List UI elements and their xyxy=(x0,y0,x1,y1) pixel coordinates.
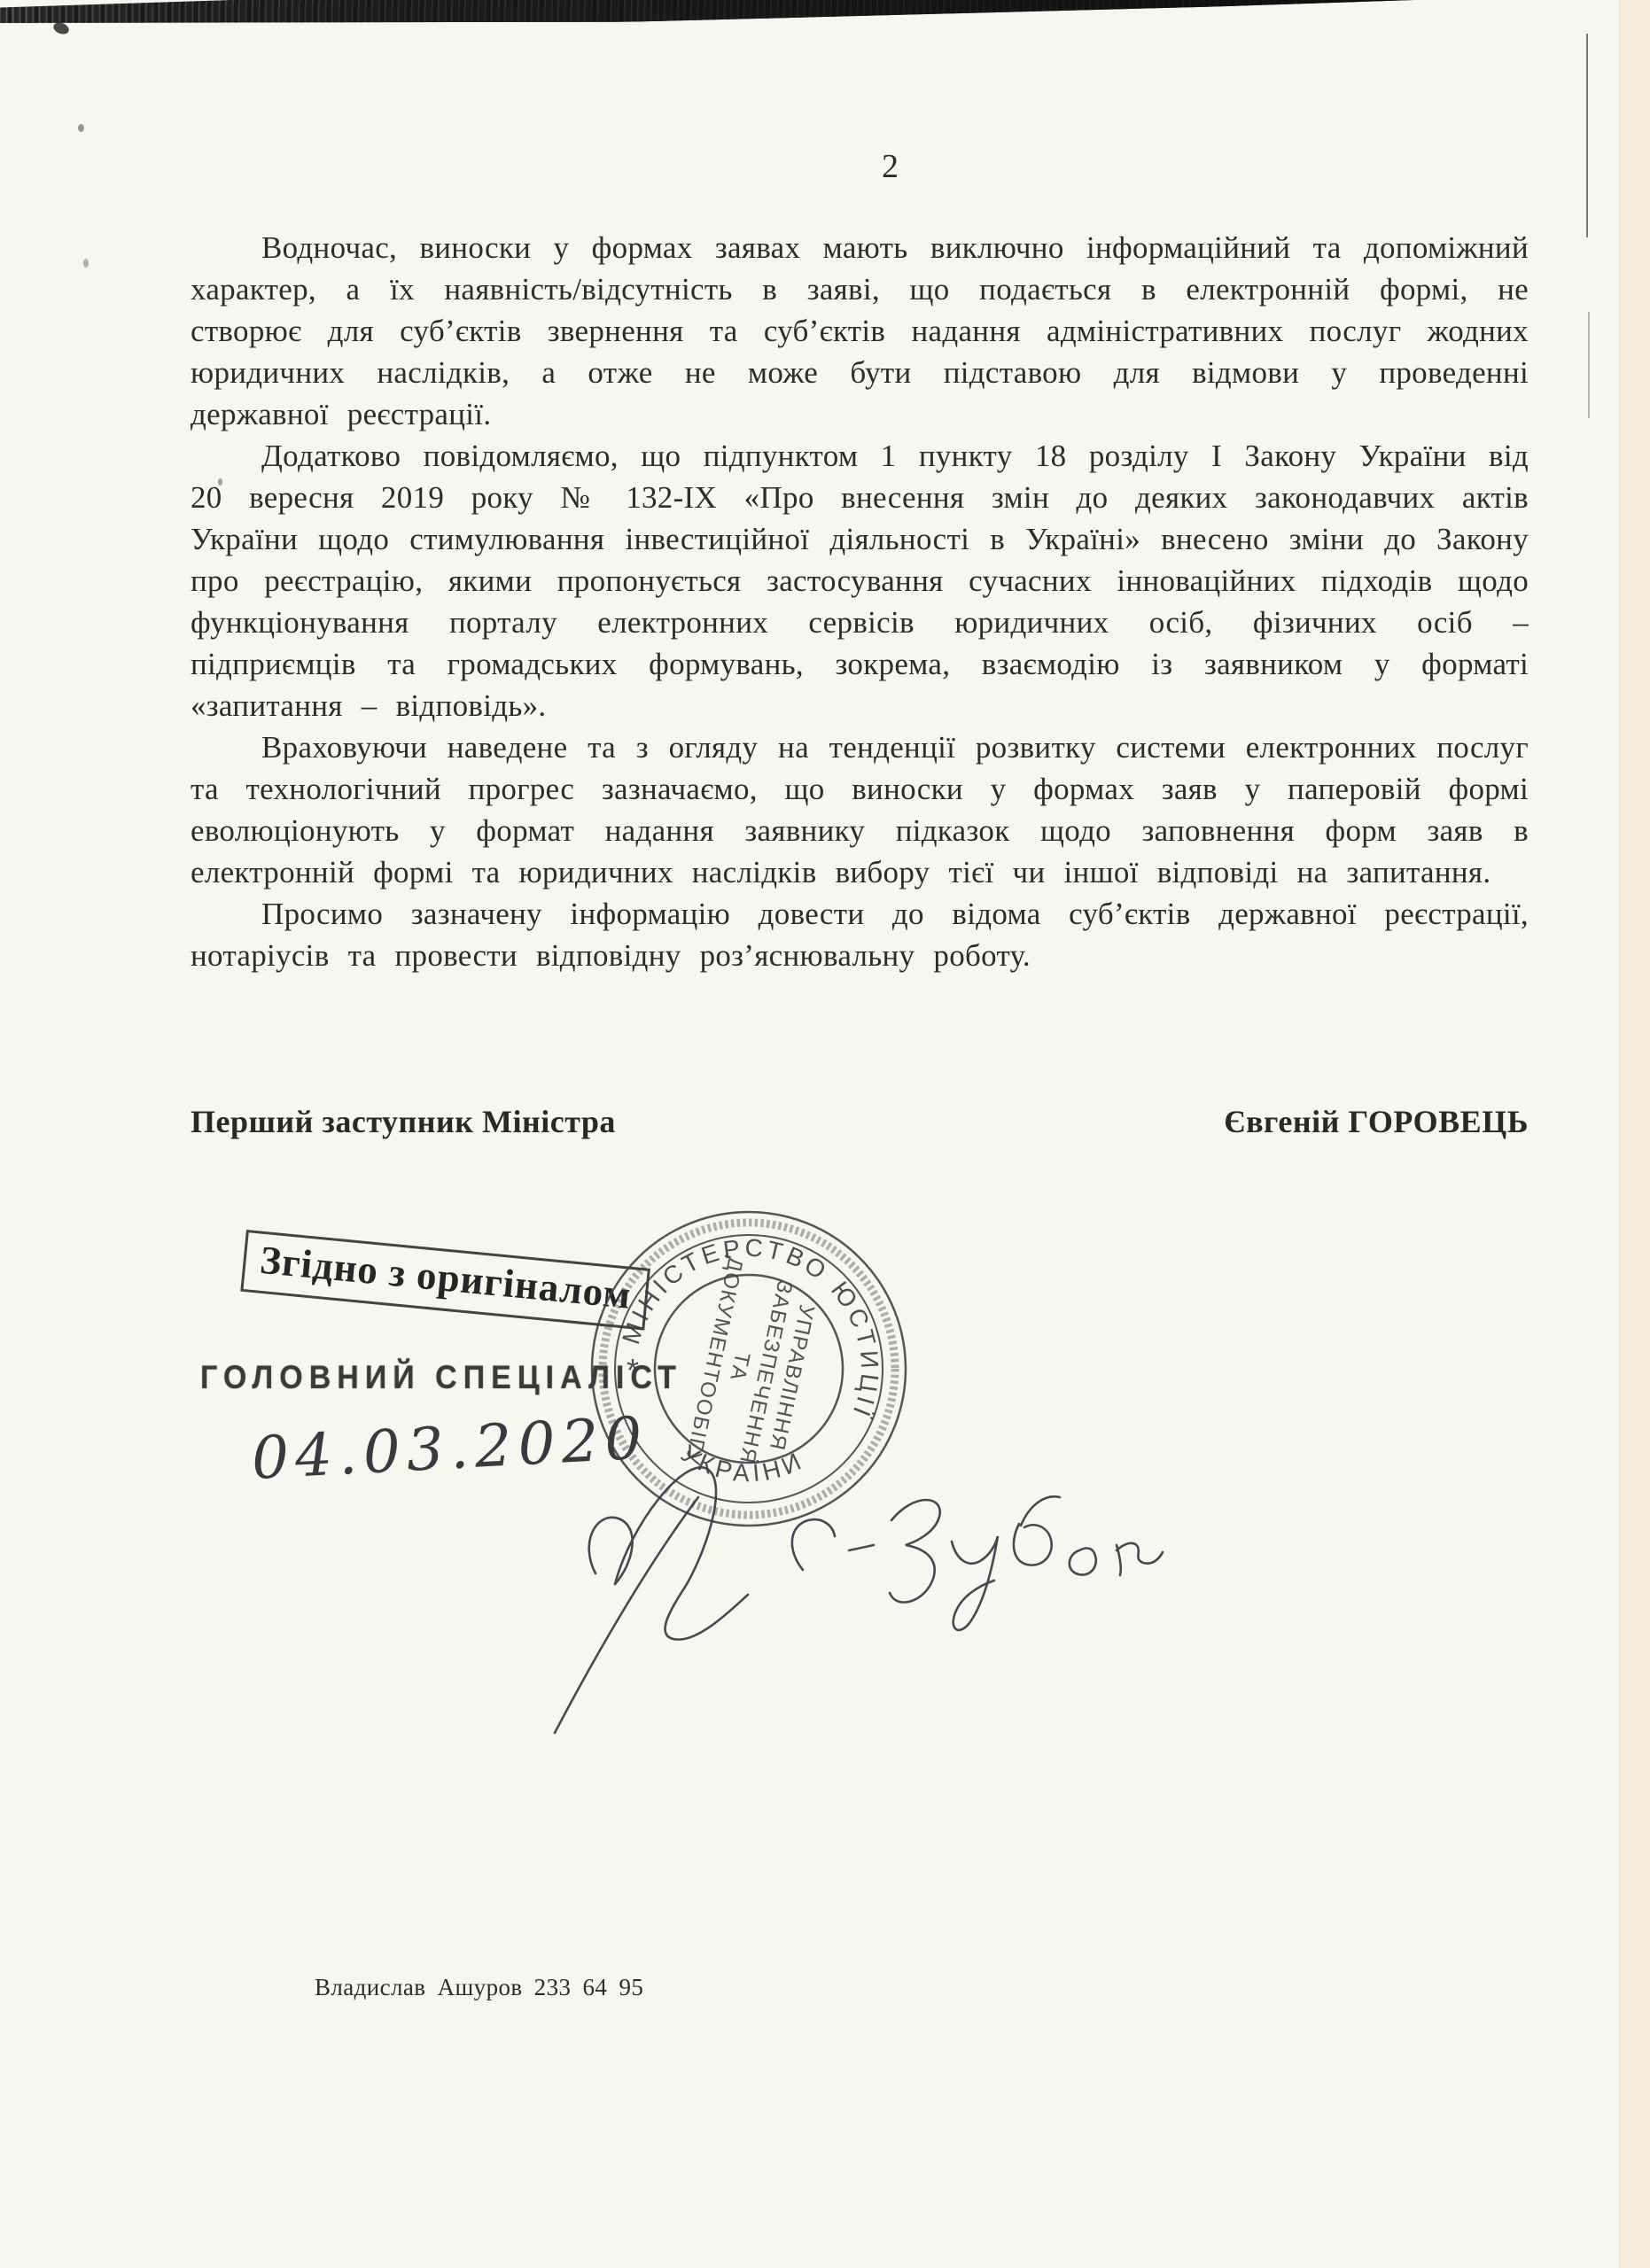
executor-contact: Владислав Ашуров 233 64 95 xyxy=(315,1974,643,2001)
signature-stroke xyxy=(890,1500,940,1603)
handwritten-signature xyxy=(496,1417,1170,1772)
signature-stroke xyxy=(1117,1543,1163,1564)
signature-stroke xyxy=(1014,1524,1052,1565)
scanned-letter-page: 2 Водночас, виноски у формах заявах мают… xyxy=(0,0,1650,2268)
letter-body: Водночас, виноски у формах заявах мають … xyxy=(191,227,1529,976)
page-number: 2 xyxy=(882,147,899,186)
signature-stroke xyxy=(952,1536,998,1630)
signature-stroke xyxy=(615,1467,748,1639)
stamp-star-separator-icon: * xyxy=(627,1352,639,1388)
signer-name: Євгеній ГОРОВЕЦЬ xyxy=(1224,1103,1529,1140)
body-paragraph: Додатково повідомляємо, що підпунктом 1 … xyxy=(191,435,1529,726)
signature-stroke xyxy=(792,1519,835,1570)
signer-position: Перший заступник Міністра xyxy=(191,1103,616,1140)
scan-edge-strip xyxy=(1619,0,1650,2268)
scan-artifact-vertical-line xyxy=(1588,312,1590,418)
signature-stroke xyxy=(555,1497,698,1733)
signature-stroke xyxy=(1021,1496,1060,1526)
scan-speck xyxy=(83,259,89,268)
signoff-row: Перший заступник Міністра Євгеній ГОРОВЕ… xyxy=(191,1103,1529,1140)
signature-stroke xyxy=(849,1545,874,1550)
signature-stroke xyxy=(1070,1549,1096,1575)
body-paragraph: Водночас, виноски у формах заявах мають … xyxy=(191,227,1529,435)
scan-artifact-vertical-line xyxy=(1586,34,1588,237)
body-paragraph: Враховуючи наведене та з огляду на тенде… xyxy=(191,726,1529,893)
body-paragraph: Просимо зазначену інформацію довести до … xyxy=(191,893,1529,976)
scan-artifact-top-band xyxy=(0,0,1650,34)
scan-speck xyxy=(78,124,84,132)
svg-text:ТА: ТА xyxy=(725,1350,754,1384)
scan-speck xyxy=(51,20,70,35)
